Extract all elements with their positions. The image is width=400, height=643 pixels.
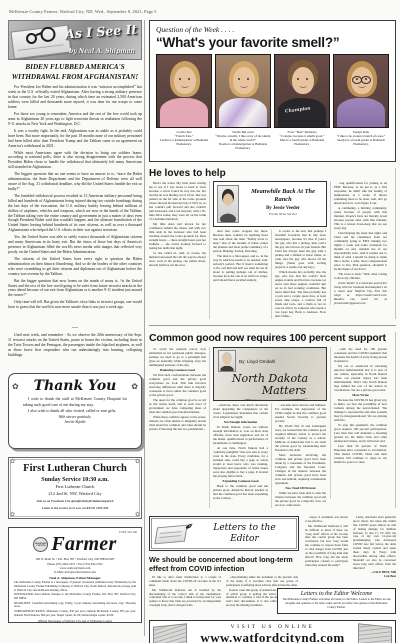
visit-online-banner: Visit us online www.watfordcitynd.com bbox=[149, 620, 396, 643]
veeder-headline: He loves to help bbox=[149, 168, 393, 179]
floral-corner-icon: ✿ bbox=[135, 511, 140, 518]
masthead-fine-print: The McKenzie County Farmer is a newspape… bbox=[14, 581, 136, 617]
child-photo bbox=[156, 54, 212, 128]
question-photo-item: Cecilia Juel “French fries.” Cecilia is … bbox=[156, 54, 212, 150]
newspaper-page: McKenzie County Farmer, Watford City, ND… bbox=[0, 0, 400, 643]
article-middle: By: Lloyd Omdahl North Dakota Matters ..… bbox=[209, 347, 327, 508]
website-url: www.watfordcitynd.com bbox=[200, 630, 344, 643]
letter-headline: We should be concerned about long-term e… bbox=[149, 555, 299, 573]
letter-column: Lastly, anecdotes don't generally prove … bbox=[353, 516, 396, 584]
veeder-column-section: He loves to help Here's the scene: My li… bbox=[149, 168, 396, 319]
hoodie-logo-text: Champion bbox=[285, 106, 311, 114]
article-column: To avoid the partisan rancor now embedde… bbox=[149, 347, 206, 499]
church-ad: ✿ ✿ ✿ ✿ First Lutheran Church Sunday Ser… bbox=[8, 457, 142, 519]
ndm-title: North Dakota Matters bbox=[218, 373, 322, 396]
face-graphic bbox=[233, 67, 255, 94]
omdahl-article: To avoid the partisan rancor now embedde… bbox=[149, 347, 393, 508]
opinion-body: For President Joe Biden and his administ… bbox=[8, 85, 142, 323]
thank-you-paragraph: I wish to thank the staff at McKenzie Co… bbox=[23, 396, 127, 406]
closing-paragraph: Until next week, and remember - As we ob… bbox=[8, 333, 142, 358]
question-of-week-box: Question of the Week . . . . “What's you… bbox=[149, 20, 396, 162]
editor-line: Neal A. Shipman, Editor/Manager bbox=[14, 576, 136, 580]
eyeglasses-icon bbox=[351, 76, 372, 84]
church-facebook-note: Join us on Facebook Live @watfordcityfir… bbox=[15, 499, 135, 503]
shirt-graphic bbox=[160, 98, 208, 127]
church-address: 212 2nd St. NW, Watford City bbox=[15, 491, 135, 497]
masthead-logo-row: McKENZIECOUNTY Farmer bbox=[14, 533, 136, 556]
north-dakota-matters-logo: By: Lloyd Omdahl North Dakota Matters bbox=[213, 347, 327, 401]
masthead-name: Farmer bbox=[51, 533, 116, 556]
shirt-graphic bbox=[219, 98, 267, 127]
thank-you-ad: ✿ ✿ Thank You I wish to thank the staff … bbox=[8, 373, 142, 449]
county-seal-icon: McKENZIECOUNTY bbox=[33, 537, 48, 552]
shirt-graphic: Champion bbox=[278, 98, 326, 127]
lloyd-omdahl-photo bbox=[218, 350, 236, 372]
letters-welcome-box: Letters to the Editor Welcome The McKenz… bbox=[277, 588, 396, 614]
letters-logo-text: Letters to theEditor bbox=[195, 523, 294, 544]
opinion-headline: BIDEN FLUBBED AMERICA'S WITHDRAWAL FROM … bbox=[8, 63, 142, 82]
page-dateline: McKenzie County Farmer, Watford City, ND… bbox=[9, 9, 157, 14]
question-photo-item: Noelle BaLcourt “Worms, actually. I like… bbox=[215, 54, 271, 150]
letter-column: I'd like to offer some clarification to … bbox=[149, 576, 221, 614]
right-column: Question of the Week . . . . “What's you… bbox=[149, 20, 396, 643]
shirt-graphic bbox=[337, 98, 385, 127]
newspaper-stack-icon bbox=[153, 623, 187, 643]
photo-caption: Cecilia Juel “French fries.” Cecilia is … bbox=[156, 130, 212, 147]
thank-you-title: Thank You bbox=[17, 378, 133, 394]
veeder-article: Here's the scene: My little sister texti… bbox=[149, 181, 393, 319]
article-column: Here's the scene: My little sister texti… bbox=[149, 181, 206, 305]
question-photo-item: Saedyn Rohr “I like to be around a bunch… bbox=[333, 54, 389, 150]
church-name: First Lutheran Church bbox=[15, 484, 135, 490]
jessie-veeder-photo bbox=[217, 185, 239, 223]
rose-icon: ✿ bbox=[131, 382, 138, 391]
article-column: ...with the need for 100 percent consens… bbox=[330, 347, 387, 499]
letter-column: ...more, if treatment was shown to be ef… bbox=[305, 516, 348, 584]
letters-welcome-body: The McKenzie County Farmer welcomes all … bbox=[282, 598, 391, 609]
as-i-see-it-byline: by Neal A. Shipman bbox=[69, 48, 135, 55]
floral-corner-icon: ✿ bbox=[10, 511, 15, 518]
quill-letter-icon: ✒ bbox=[154, 521, 192, 547]
question-kicker: Question of the Week . . . . bbox=[156, 25, 389, 34]
letter-paper-graphic bbox=[154, 524, 187, 544]
child-photo: Champion bbox=[274, 54, 330, 128]
rose-icon: ✿ bbox=[12, 382, 19, 391]
thank-you-body: I wish to thank the staff at McKenzie Co… bbox=[17, 396, 133, 413]
official-newspaper-line: Official Newspaper of Watford City and o… bbox=[14, 619, 136, 623]
child-photo bbox=[333, 54, 389, 128]
column-byline-box: Meanwhile Back At The Ranch By Jessie Ve… bbox=[213, 181, 327, 227]
underline-flourish bbox=[244, 396, 308, 401]
photo-caption: Evert “Max” Mendoza “Cologne, because it… bbox=[274, 130, 330, 147]
article-middle: Meanwhile Back At The Ranch By Jessie Ve… bbox=[209, 181, 327, 319]
newspaper-stack-icon bbox=[358, 623, 392, 643]
floral-corner-icon: ✿ bbox=[135, 458, 140, 465]
photo-caption: Saedyn Rohr “I like to be around a bunch… bbox=[333, 130, 389, 147]
church-ad-title: First Lutheran Church bbox=[15, 463, 135, 474]
middle-columns: And that scene stopped me there. Because… bbox=[213, 229, 327, 319]
newspaper-masthead-box: USPS 334-160 McKENZIECOUNTY Farmer 100 N… bbox=[8, 527, 142, 623]
section-divider-rule bbox=[149, 325, 396, 326]
child-photo bbox=[215, 54, 271, 128]
masthead-address: 100 N. Main St. • P.O. Box 587 • Watford… bbox=[14, 557, 136, 574]
article-column: ...became more diverse and humane. For e… bbox=[271, 403, 326, 508]
letters-to-editor-logo: ✒ Letters to theEditor bbox=[149, 516, 299, 551]
as-i-see-it-logo: As I See It by Neal A. Shipman bbox=[8, 20, 142, 60]
article-column: And that scene stopped me there. Because… bbox=[213, 229, 268, 319]
as-i-see-it-title: As I See It bbox=[64, 21, 137, 41]
church-radio-note: Listen to the service at 11 a.m. on KTGO… bbox=[15, 506, 135, 510]
opinion-closing: Until next week, and remember - As we ob… bbox=[8, 333, 142, 365]
face-graphic bbox=[174, 67, 196, 94]
thank-you-paragraph: I also wish to thank all who visited, ca… bbox=[23, 408, 127, 413]
usps-number: USPS 334-160 bbox=[119, 530, 137, 534]
question-photo-item: Champion Evert “Max” Mendoza “Cologne, b… bbox=[274, 54, 330, 150]
floral-corner-icon: ✿ bbox=[10, 458, 15, 465]
article-column: ...elections, there was much discussion … bbox=[213, 403, 268, 508]
letters-section: ✒ Letters to theEditor We should be conc… bbox=[149, 516, 396, 614]
question-headline: “What's your favorite smell?” bbox=[156, 35, 389, 50]
omdahl-column-section: Common good now requires 100 percent sup… bbox=[149, 332, 396, 508]
article-column: ...ing qualifications for joining as an … bbox=[330, 181, 387, 305]
byline-text: Meanwhile Back At The Ranch By Jessie Ve… bbox=[243, 185, 323, 223]
ndm-byline-row: By: Lloyd Omdahl bbox=[218, 350, 322, 372]
left-column: As I See It by Neal A. Shipman BIDEN FLU… bbox=[8, 20, 142, 623]
column-end-dash: — bbox=[8, 324, 142, 332]
article-column: It occurs to me now that perhaps I shoul… bbox=[271, 229, 326, 319]
thank-you-signature: With sincere gratitude,Jenette Skjolde bbox=[17, 415, 133, 425]
middle-columns: ...elections, there was much discussion … bbox=[213, 403, 327, 508]
column-divider-rule bbox=[144, 20, 145, 636]
photo-caption: Noelle BaLcourt “Worms, actually. I like… bbox=[215, 130, 271, 151]
question-photo-row: Cecilia Juel “French fries.” Cecilia is … bbox=[156, 54, 389, 150]
face-graphic bbox=[292, 67, 314, 94]
omdahl-headline: Common good now requires 100 percent sup… bbox=[149, 332, 393, 344]
church-service-time: Sunday Service 10:30 a.m. bbox=[15, 477, 135, 483]
letter-signature: —LYLE BEST, MDLyle Best bbox=[353, 571, 396, 579]
